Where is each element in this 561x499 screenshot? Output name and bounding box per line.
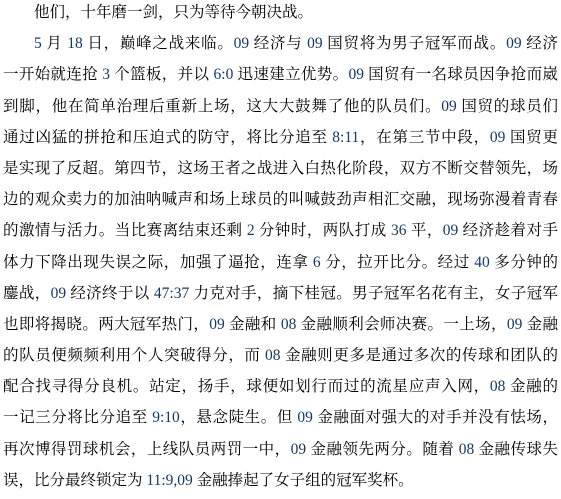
number-run: 3 xyxy=(102,66,110,83)
text-line: 误，比分最终锁定为 11:9,09 金融捧起了女子组的冠军奖杯。 xyxy=(3,465,558,496)
number-run: 6 xyxy=(313,254,321,271)
text-line: 边的观众卖力的加油呐喊声和场上球员的叫喊鼓劲声相汇交融，现场弥漫着青春 xyxy=(3,184,558,215)
number-run: 09 xyxy=(307,35,323,52)
number-run: 09 xyxy=(443,222,459,239)
number-run: 09 xyxy=(507,316,523,333)
number-run: 08 xyxy=(490,378,506,395)
number-run: 8:11 xyxy=(332,129,359,146)
text-line: 鏖战，09 经济终于以 47:37 力克对手，摘下桂冠。男子冠军名花有主，女子冠… xyxy=(3,278,558,309)
number-run: 09 xyxy=(209,316,225,333)
text-line: 体力下降出现失误之际，加强了逼抢，连拿 6 分，拉开比分。经过 40 多分钟的 xyxy=(3,247,558,278)
text-line: 的激情与活力。当比赛离结束还剩 2 分钟时，两队打成 36 平，09 经济趁着对… xyxy=(3,215,558,246)
text-line: 一记三分将比分追至 9:10，悬念陡生。但 09 金融面对强大的对手并没有怯场， xyxy=(3,402,558,433)
number-run: 47:37 xyxy=(154,285,189,302)
number-run: 09 xyxy=(234,35,250,52)
number-run: 09 xyxy=(297,409,313,426)
number-run: 09 xyxy=(506,35,522,52)
text-line: 的队员便频频利用个人突破得分，而 08 金融则更多是通过多次的传球和团队的 xyxy=(3,340,558,371)
text-line: 5 月 18 日，巅峰之战来临。09 经济与 09 国贸将为男子冠军而战。09 … xyxy=(3,28,558,59)
number-run: 18 xyxy=(67,35,83,52)
number-run: 2 xyxy=(247,222,255,239)
number-run: 36 xyxy=(391,222,407,239)
text-line: 是实现了反超。第四节，这场王者之战进入白热化阶段，双方不断交替领先，场 xyxy=(3,153,558,184)
number-run: 6:0 xyxy=(214,66,234,83)
number-run: 08 xyxy=(459,441,475,458)
number-run: 09 xyxy=(291,441,307,458)
number-run: 40 xyxy=(474,254,490,271)
text-line: 他们，十年磨一剑，只为等待今朝决战。 xyxy=(3,0,558,28)
number-run: 09 xyxy=(441,98,457,115)
number-run: 09 xyxy=(348,66,364,83)
number-run: 09 xyxy=(490,129,506,146)
text-line: 也即将揭晓。两大冠军热门，09 金融和 08 金融顺利会师决赛。一上场，09 金… xyxy=(3,309,558,340)
number-run: 08 xyxy=(265,347,281,364)
text-line: 到脚，他在简单治理后重新上场，这大大鼓舞了他的队员们。09 国贸的球员们 xyxy=(3,91,558,122)
number-run: 9:10 xyxy=(152,409,180,426)
document-page: 他们，十年磨一剑，只为等待今朝决战。5 月 18 日，巅峰之战来临。09 经济与… xyxy=(3,0,558,496)
text-line: 再次博得罚球机会，上线队员两罚一中，09 金融领先两分。随着 08 金融传球失 xyxy=(3,434,558,465)
number-run: 11:9,09 xyxy=(146,472,192,489)
number-run: 5 xyxy=(34,35,42,52)
text-line: 一开始就连抢 3 个篮板，并以 6:0 迅速建立优势。09 国贸有一名球员因争抢… xyxy=(3,59,558,90)
number-run: 09 xyxy=(51,285,67,302)
number-run: 08 xyxy=(281,316,297,333)
text-line: 通过凶猛的拼抢和压迫式的防守，将比分追至 8:11，在第三节中段，09 国贸更 xyxy=(3,122,558,153)
text-line: 配合找寻得分良机。站定，扬手，球便如划行而过的流星应声入网，08 金融的 xyxy=(3,371,558,402)
document-body: 他们，十年磨一剑，只为等待今朝决战。5 月 18 日，巅峰之战来临。09 经济与… xyxy=(3,0,558,496)
